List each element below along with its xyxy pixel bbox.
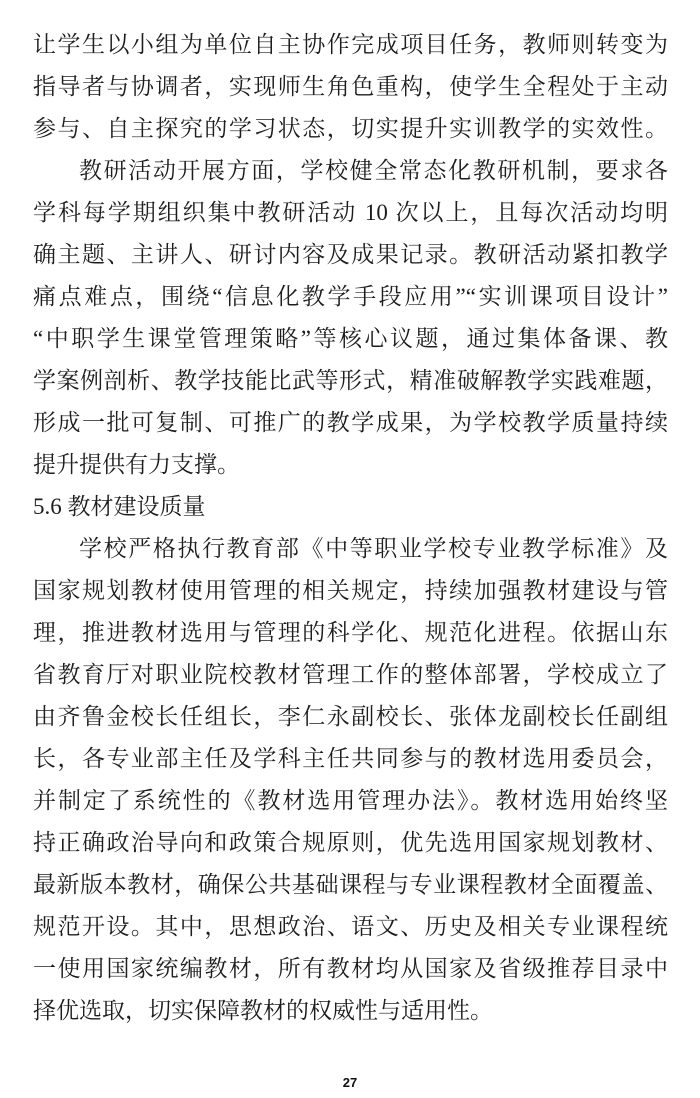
text-line: 一使用国家统编教材，所有教材均从国家及省级推荐目录中 xyxy=(33,948,668,990)
text-line: 确主题、主讲人、研讨内容及成果记录。教研活动紧扣教学 xyxy=(33,234,668,276)
text-line: 学案例剖析、教学技能比武等形式，精准破解教学实践难题， xyxy=(33,360,668,402)
text-line: 提升提供有力支撑。 xyxy=(33,444,668,486)
text-line: 教研活动开展方面，学校健全常态化教研机制，要求各 xyxy=(33,150,668,192)
text-line: 持正确政治导向和政策合规原则，优先选用国家规划教材、 xyxy=(33,822,668,864)
page-number: 27 xyxy=(0,1075,700,1090)
page-body: 让学生以小组为单位自主协作完成项目任务，教师则转变为 指导者与协调者，实现师生角… xyxy=(0,0,700,1032)
text-line: 学科每学期组织集中教研活动 10 次以上，且每次活动均明 xyxy=(33,192,668,234)
text-line: 痛点难点，围绕“信息化教学手段应用”“实训课项目设计” xyxy=(33,276,668,318)
text-line: 参与、自主探究的学习状态，切实提升实训教学的实效性。 xyxy=(33,108,668,150)
text-line: 省教育厅对职业院校教材管理工作的整体部署，学校成立了 xyxy=(33,654,668,696)
text-line: 形成一批可复制、可推广的教学成果，为学校教学质量持续 xyxy=(33,402,668,444)
text-line: 长，各专业部主任及学科主任共同参与的教材选用委员会， xyxy=(33,738,668,780)
text-line: 最新版本教材，确保公共基础课程与专业课程教材全面覆盖、 xyxy=(33,864,668,906)
text-line: 择优选取，切实保障教材的权威性与适用性。 xyxy=(33,990,668,1032)
text-line: 让学生以小组为单位自主协作完成项目任务，教师则转变为 xyxy=(33,24,668,66)
section-heading: 5.6 教材建设质量 xyxy=(33,486,668,528)
document-page: 让学生以小组为单位自主协作完成项目任务，教师则转变为 指导者与协调者，实现师生角… xyxy=(0,0,700,1098)
text-line: “中职学生课堂管理策略”等核心议题，通过集体备课、教 xyxy=(33,318,668,360)
text-line: 理，推进教材选用与管理的科学化、规范化进程。依据山东 xyxy=(33,612,668,654)
text-line: 国家规划教材使用管理的相关规定，持续加强教材建设与管 xyxy=(33,570,668,612)
text-line: 并制定了系统性的《教材选用管理办法》。教材选用始终坚 xyxy=(33,780,668,822)
text-line: 学校严格执行教育部《中等职业学校专业教学标准》及 xyxy=(33,528,668,570)
text-line: 指导者与协调者，实现师生角色重构，使学生全程处于主动 xyxy=(33,66,668,108)
text-line: 规范开设。其中，思想政治、语文、历史及相关专业课程统 xyxy=(33,906,668,948)
text-line: 由齐鲁金校长任组长，李仁永副校长、张体龙副校长任副组 xyxy=(33,696,668,738)
